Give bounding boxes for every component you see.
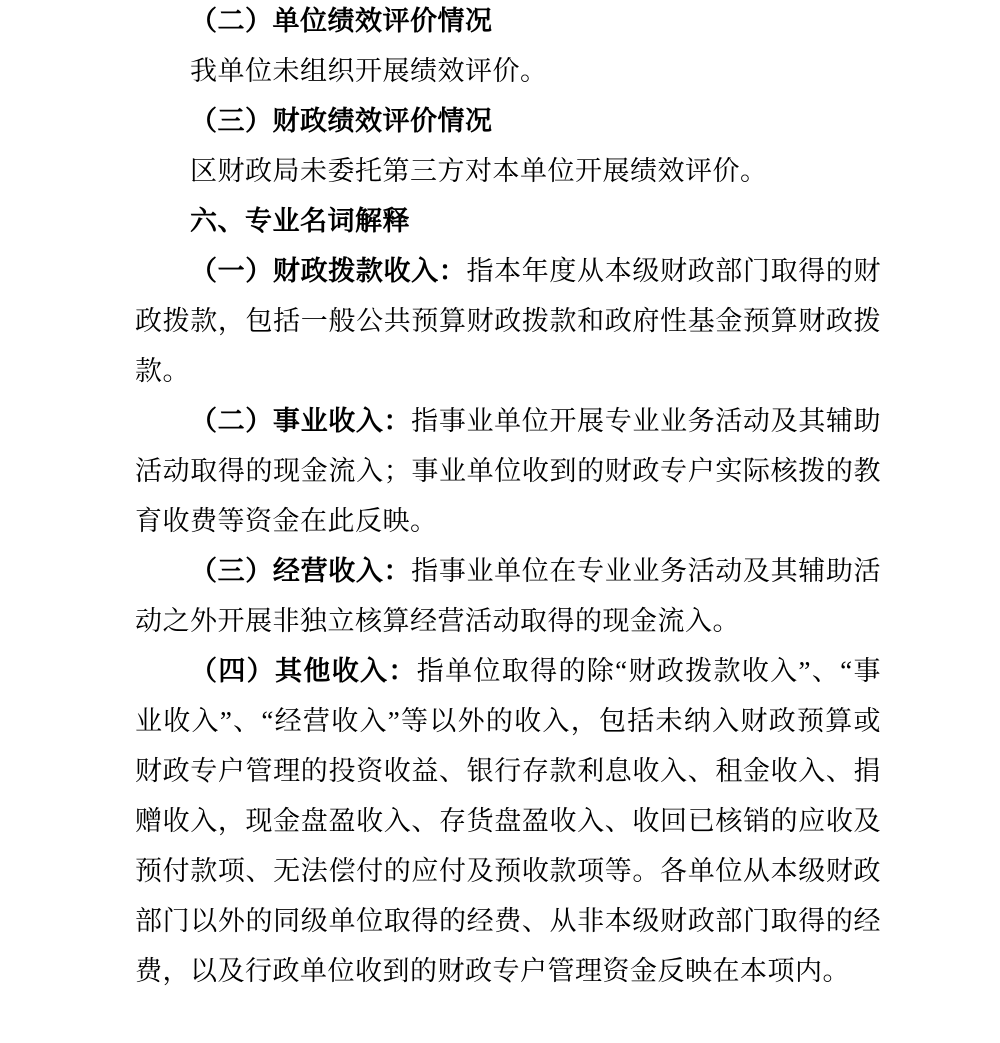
term-label-institution-income: （二）事业收入：: [190, 406, 411, 436]
term-label-business-income: （三）经营收入：: [190, 556, 411, 586]
section-heading-unit-performance-evaluation: （二）单位绩效评价情况: [135, 0, 881, 46]
section-heading-fiscal-performance-evaluation: （三）财政绩效评价情况: [135, 96, 881, 146]
term-business-income: （三）经营收入：指事业单位在专业业务活动及其辅助活动之外开展非独立核算经营活动取…: [135, 546, 881, 646]
chapter-heading-terminology: 六、专业名词解释: [135, 196, 881, 246]
paragraph-fiscal-performance-evaluation: 区财政局未委托第三方对本单位开展绩效评价。: [135, 146, 881, 196]
document-page: （二）单位绩效评价情况 我单位未组织开展绩效评价。 （三）财政绩效评价情况 区财…: [0, 0, 1000, 1043]
term-operating-income-institution: （二）事业收入：指事业单位开展专业业务活动及其辅助活动取得的现金流入；事业单位收…: [135, 396, 881, 546]
term-text-other-income: 指单位取得的除“财政拨款收入”、“事业收入”、“经营收入”等以外的收入，包括未纳…: [135, 656, 881, 986]
term-label-other-income: （四）其他收入：: [190, 656, 417, 686]
term-other-income: （四）其他收入：指单位取得的除“财政拨款收入”、“事业收入”、“经营收入”等以外…: [135, 646, 881, 996]
term-fiscal-appropriation-income: （一）财政拨款收入：指本年度从本级财政部门取得的财政拨款，包括一般公共预算财政拨…: [135, 246, 881, 396]
paragraph-unit-performance-evaluation: 我单位未组织开展绩效评价。: [135, 46, 881, 96]
document-content: （二）单位绩效评价情况 我单位未组织开展绩效评价。 （三）财政绩效评价情况 区财…: [135, 0, 881, 996]
term-label-fiscal-appropriation-income: （一）财政拨款收入：: [190, 256, 466, 286]
